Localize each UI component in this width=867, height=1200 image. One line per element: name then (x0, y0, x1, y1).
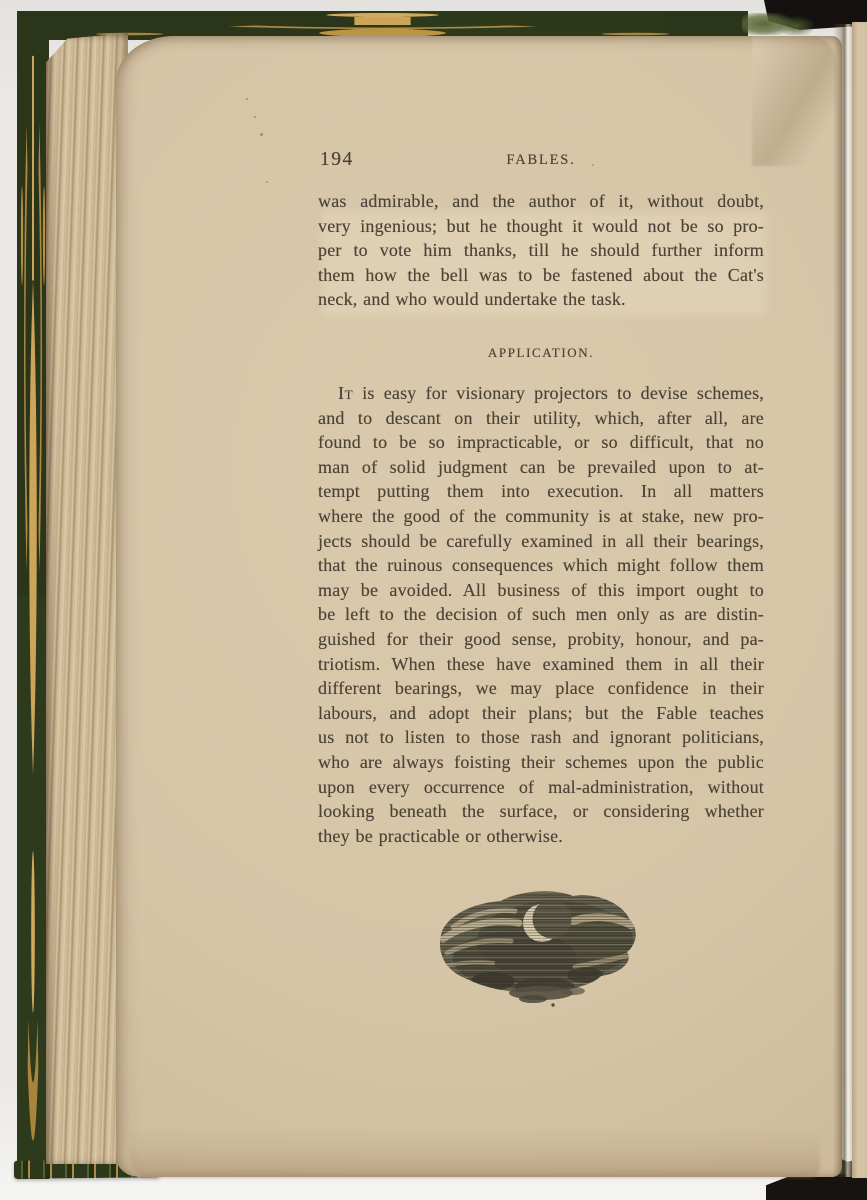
lead-word: It (338, 383, 353, 403)
text-line: them how the bell was to be fastened abo… (318, 263, 764, 288)
paper-speck (246, 98, 248, 100)
text-line: where the good of the community is at st… (318, 504, 764, 529)
text-line: may be avoided. All business of this imp… (318, 578, 764, 603)
text-line: tempt putting them into execution. In al… (318, 479, 764, 504)
text-line: upon every occurrence of mal-administrat… (318, 775, 764, 800)
text-line: looking beneath the surface, or consider… (318, 799, 764, 824)
text-line: per to vote him thanks, till he should f… (318, 238, 764, 263)
section-heading: APPLICATION. (318, 345, 764, 361)
page-corner-fold-shadow (752, 36, 836, 166)
text-line: It is easy for visionary projectors to d… (318, 381, 764, 406)
text-line: and to descant on their utility, which, … (318, 406, 764, 431)
text-line: who are always foisting their schemes up… (318, 750, 764, 775)
crescent-moon-clouds-engraving (423, 883, 653, 1011)
text-line: that the ruinous consequences which migh… (318, 553, 764, 578)
text-line: was admirable, and the author of it, wit… (318, 189, 764, 214)
first-line-rest: is easy for visionary projectors to devi… (362, 383, 764, 403)
text-line: be left to the decision of such men only… (318, 602, 764, 627)
running-header: FABLES. (318, 152, 764, 169)
paper-speck (266, 181, 268, 183)
text-line: they be practicable or otherwise. (318, 824, 764, 849)
opening-paragraph: was admirable, and the author of it, wit… (318, 189, 764, 312)
text-line: jects should be carefully examined in al… (318, 529, 764, 554)
text-line: us not to listen to those rash and ignor… (318, 725, 764, 750)
text-line: man of solid judgment can be prevailed u… (318, 455, 764, 480)
text-line: triotism. When these have examined them … (318, 652, 764, 677)
text-line: neck, and who would undertake the task. (318, 287, 764, 312)
text-line: found to be so impracticable, or so diff… (318, 430, 764, 455)
page-header: 194 FABLES. (318, 149, 764, 175)
text-line: guished for their good sense, probity, h… (318, 627, 764, 652)
binding-gold-tooling-left (17, 11, 49, 1179)
paper-speck (254, 116, 256, 118)
application-paragraph: It is easy for visionary projectors to d… (318, 381, 764, 848)
binding-frayed-end (742, 13, 814, 35)
paragraph-lines: and to descant on their utility, which, … (318, 406, 764, 849)
text-line: different bearings, we may place confide… (318, 676, 764, 701)
scanned-book-photo: 194 FABLES. was admirable, and the autho… (0, 0, 867, 1200)
text-line: very ingenious; but he thought it would … (318, 214, 764, 239)
text-line: labours, and adopt their plans; but the … (318, 701, 764, 726)
page-bottom-smudge (130, 1128, 820, 1178)
gutter-crease (833, 24, 852, 1177)
paper-speck (260, 133, 263, 136)
facing-page-sliver (852, 22, 867, 1178)
